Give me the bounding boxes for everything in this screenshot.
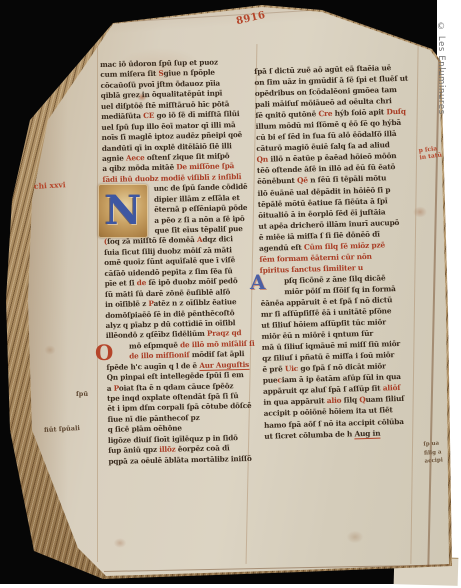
red-pen-initial: O — [95, 342, 113, 363]
illuminated-initial-letter: N — [105, 191, 142, 231]
margin-note-right-bottom-line3: accipi — [424, 456, 443, 466]
text-column-right: ſpā ſ dictū zuē aō agūt eā ſtaēia uēon ſ… — [254, 61, 426, 441]
watermark-credit: © Les Enluminures — [436, 22, 446, 142]
ruling-line — [97, 46, 98, 562]
book-leaf-edges: 8916 mac iō ūdoron ſpū ſup et puozcum mi… — [0, 0, 461, 588]
illuminated-initial: N — [98, 184, 148, 238]
text-column-left: mac iō ūdoron ſpū ſup et puozcum miſera … — [100, 57, 260, 467]
margin-note-left-1: ſpū — [76, 390, 88, 398]
margin-note-chapter: chi xxvi — [34, 180, 66, 191]
margin-note-right-bottom: ſp ua filig a accipi — [423, 439, 443, 466]
blue-pen-initial: A — [250, 272, 266, 292]
manuscript-photo: 8916 mac iō ūdoron ſpū ſup et puozcum mi… — [0, 0, 461, 588]
margin-note-right-red: p ſcia in tatū — [418, 145, 442, 162]
